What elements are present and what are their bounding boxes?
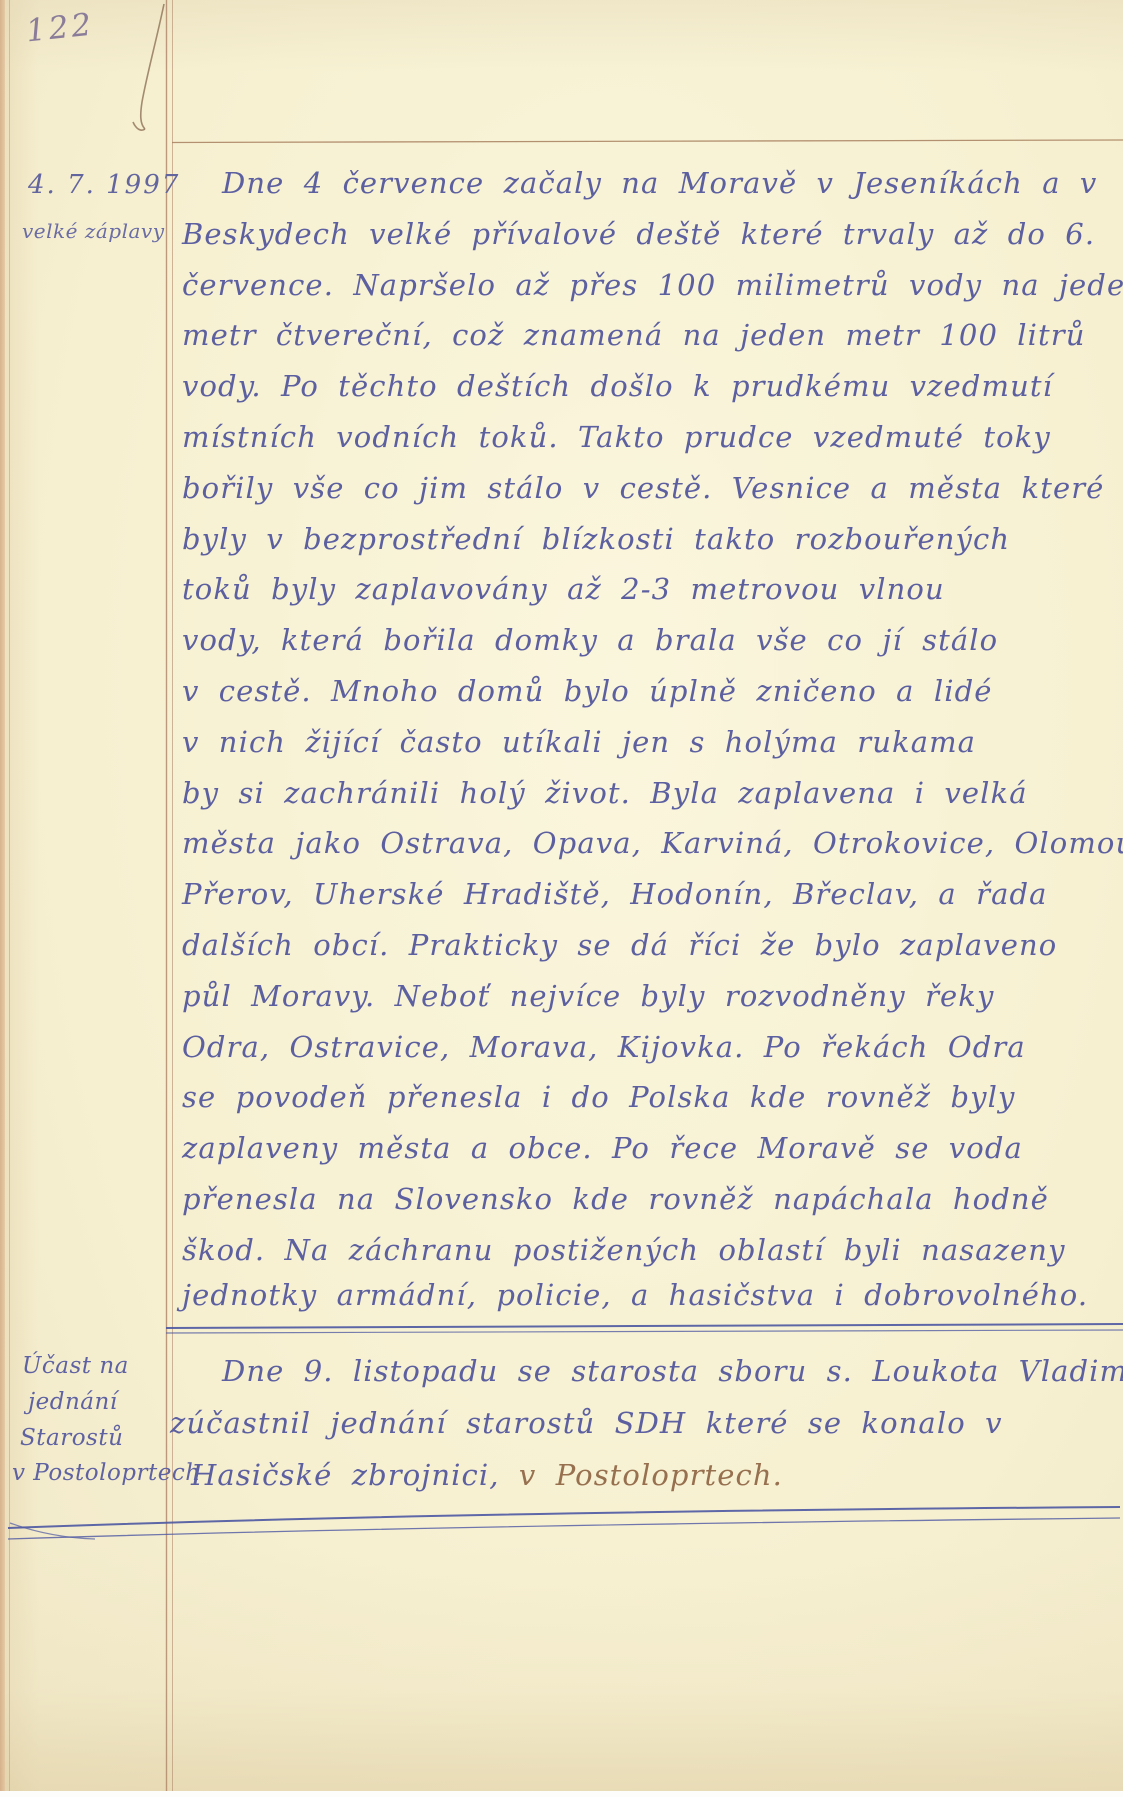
entry1-line: Odra, Ostravice, Morava, Kijovka. Po řek…	[182, 1024, 1026, 1070]
entry1-line: se povodeň přenesla i do Polska kde rovn…	[182, 1074, 1015, 1120]
section-divider-rule-bottom	[8, 1518, 1120, 1539]
entry2-line-suffix: v Postoloprtech.	[519, 1458, 783, 1492]
entry1-line: metr čtvereční, což znamená na jeden met…	[182, 312, 1086, 358]
margin-event-note-line: Účast na	[22, 1353, 129, 1379]
entry-divider-rule-bottom	[166, 1330, 1123, 1333]
entry1-line: zaplaveny města a obce. Po řece Moravě s…	[182, 1125, 1023, 1171]
page-number: 122	[24, 7, 96, 50]
entry1-line: Beskydech velké přívalové deště které tr…	[182, 211, 1095, 257]
entry1-line: jednotky armádní, policie, a hasičstva i…	[182, 1272, 1088, 1318]
entry1-line: místních vodních toků. Takto prudce vzed…	[182, 414, 1051, 460]
entry1-line: v cestě. Mnoho domů bylo úplně zničeno a…	[182, 668, 993, 714]
entry2-line-text: Hasičské zbrojnici,	[191, 1458, 500, 1492]
entry1-line: dalších obcí. Prakticky se dá říci že by…	[182, 922, 1057, 968]
entry1-line: Dne 4 července začaly na Moravě v Jesení…	[222, 160, 1097, 206]
entry2-line: Hasičské zbrojnici, v Postoloprtech.	[191, 1452, 783, 1498]
entry1-line: by si zachránili holý život. Byla zaplav…	[182, 770, 1028, 816]
entry1-line: toků byly zaplavovány až 2-3 metrovou vl…	[182, 566, 945, 612]
entry1-line: bořily vše co jim stálo v cestě. Vesnice…	[182, 465, 1104, 511]
entry-divider-rule-top	[166, 1324, 1123, 1328]
entry1-line: byly v bezprostřední blízkosti takto roz…	[182, 516, 1010, 562]
entry1-line: července. Napršelo až přes 100 milimetrů…	[182, 262, 1123, 308]
margin-date-note: 4. 7. 1997	[28, 170, 180, 200]
margin-topic-note: velké záplavy	[22, 219, 165, 243]
entry1-line: v nich žijící často utíkali jen s holýma…	[182, 719, 976, 765]
section-divider-rule-top	[8, 1507, 1120, 1528]
entry1-line: vody. Po těchto deštích došlo k prudkému…	[182, 363, 1053, 409]
margin-event-note-line: jednání	[28, 1389, 118, 1415]
entry1-line: přenesla na Slovensko kde rovněž napácha…	[182, 1176, 1049, 1222]
entry1-line: vody, která bořila domky a brala vše co …	[182, 617, 998, 663]
entry1-line: škod. Na záchranu postižených oblastí by…	[182, 1227, 1066, 1273]
scan-bottom-edge	[0, 1791, 1123, 1797]
chronicle-page: 122 4. 7. 1997 velké záplavy Účast na je…	[0, 0, 1123, 1797]
margin-event-note-line: v Postoloprtech	[12, 1460, 201, 1486]
entry1-line: půl Moravy. Neboť nejvíce byly rozvodněn…	[182, 973, 994, 1019]
entry2-line: zúčastnil jednání starostů SDH které se …	[170, 1400, 1003, 1446]
pencil-mark-curve	[141, 4, 164, 129]
entry1-line: města jako Ostrava, Opava, Karviná, Otro…	[182, 820, 1123, 866]
margin-event-note-line: Starostů	[20, 1425, 123, 1451]
header-rule	[172, 140, 1123, 143]
entry2-line: Dne 9. listopadu se starosta sboru s. Lo…	[222, 1348, 1123, 1394]
entry1-line: Přerov, Uherské Hradiště, Hodonín, Břecl…	[182, 871, 1048, 917]
